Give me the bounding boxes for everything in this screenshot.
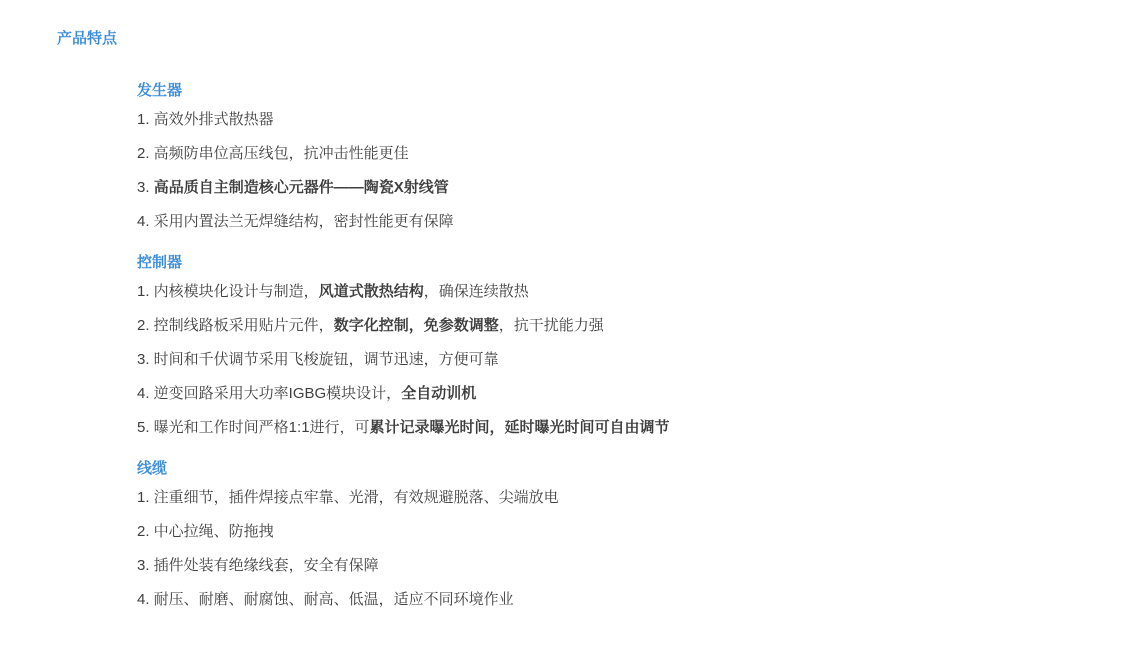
page-title: 产品特点 [57, 29, 1122, 49]
feature-text: ，确保连续散热 [424, 283, 529, 300]
feature-text: 3. 时间和千伏调节采用飞梭旋钮，调节迅速，方便可靠 [137, 351, 499, 368]
section-heading: 线缆 [137, 459, 1122, 479]
feature-sections: 发生器1. 高效外排式散热器2. 高频防串位高压线包，抗冲击性能更佳3. 高品质… [137, 81, 1122, 617]
section-heading: 发生器 [137, 81, 1122, 101]
feature-text: 2. 高频防串位高压线包，抗冲击性能更佳 [137, 145, 409, 162]
feature-item: 2. 控制线路板采用贴片元件，数字化控制，免参数调整，抗干扰能力强 [137, 309, 1122, 343]
feature-item: 3. 高品质自主制造核心元器件——陶瓷X射线管 [137, 171, 1122, 205]
feature-section: 发生器1. 高效外排式散热器2. 高频防串位高压线包，抗冲击性能更佳3. 高品质… [137, 81, 1122, 239]
feature-section: 线缆1. 注重细节，插件焊接点牢靠、光滑，有效规避脱落、尖端放电2. 中心拉绳、… [137, 459, 1122, 617]
feature-item: 1. 高效外排式散热器 [137, 103, 1122, 137]
feature-text: 2. 中心拉绳、防拖拽 [137, 523, 274, 540]
feature-text: 3. 插件处装有绝缘线套，安全有保障 [137, 557, 379, 574]
section-heading: 控制器 [137, 253, 1122, 273]
feature-item: 5. 曝光和工作时间严格1:1进行，可累计记录曝光时间，延时曝光时间可自由调节 [137, 411, 1122, 445]
feature-text: 1. 高效外排式散热器 [137, 111, 274, 128]
feature-text-bold: 风道式散热结构 [319, 283, 424, 300]
feature-text-bold: 数字化控制，免参数调整 [334, 317, 499, 334]
feature-text: 4. 逆变回路采用大功率IGBG模块设计， [137, 385, 401, 402]
feature-text: 2. 控制线路板采用贴片元件， [137, 317, 334, 334]
feature-text: 5. 曝光和工作时间严格1:1进行，可 [137, 419, 370, 436]
feature-text-bold: 高品质自主制造核心元器件——陶瓷X射线管 [154, 179, 449, 196]
feature-item: 1. 内核模块化设计与制造，风道式散热结构，确保连续散热 [137, 275, 1122, 309]
feature-item: 3. 插件处装有绝缘线套，安全有保障 [137, 549, 1122, 583]
feature-text: ，抗干扰能力强 [499, 317, 604, 334]
product-features-page: 产品特点 发生器1. 高效外排式散热器2. 高频防串位高压线包，抗冲击性能更佳3… [0, 0, 1122, 617]
feature-text-bold: 累计记录曝光时间，延时曝光时间可自由调节 [370, 419, 670, 436]
feature-text: 4. 采用内置法兰无焊缝结构，密封性能更有保障 [137, 213, 454, 230]
feature-item: 2. 高频防串位高压线包，抗冲击性能更佳 [137, 137, 1122, 171]
feature-item: 2. 中心拉绳、防拖拽 [137, 515, 1122, 549]
feature-text: 1. 内核模块化设计与制造， [137, 283, 319, 300]
feature-item: 1. 注重细节，插件焊接点牢靠、光滑，有效规避脱落、尖端放电 [137, 481, 1122, 515]
feature-text: 3. [137, 179, 154, 196]
feature-text: 1. 注重细节，插件焊接点牢靠、光滑，有效规避脱落、尖端放电 [137, 489, 559, 506]
feature-section: 控制器1. 内核模块化设计与制造，风道式散热结构，确保连续散热2. 控制线路板采… [137, 253, 1122, 445]
feature-item: 4. 耐压、耐磨、耐腐蚀、耐高、低温，适应不同环境作业 [137, 583, 1122, 617]
feature-item: 3. 时间和千伏调节采用飞梭旋钮，调节迅速，方便可靠 [137, 343, 1122, 377]
feature-item: 4. 逆变回路采用大功率IGBG模块设计，全自动训机 [137, 377, 1122, 411]
feature-text: 4. 耐压、耐磨、耐腐蚀、耐高、低温，适应不同环境作业 [137, 591, 514, 608]
feature-text-bold: 全自动训机 [401, 385, 476, 402]
feature-item: 4. 采用内置法兰无焊缝结构，密封性能更有保障 [137, 205, 1122, 239]
